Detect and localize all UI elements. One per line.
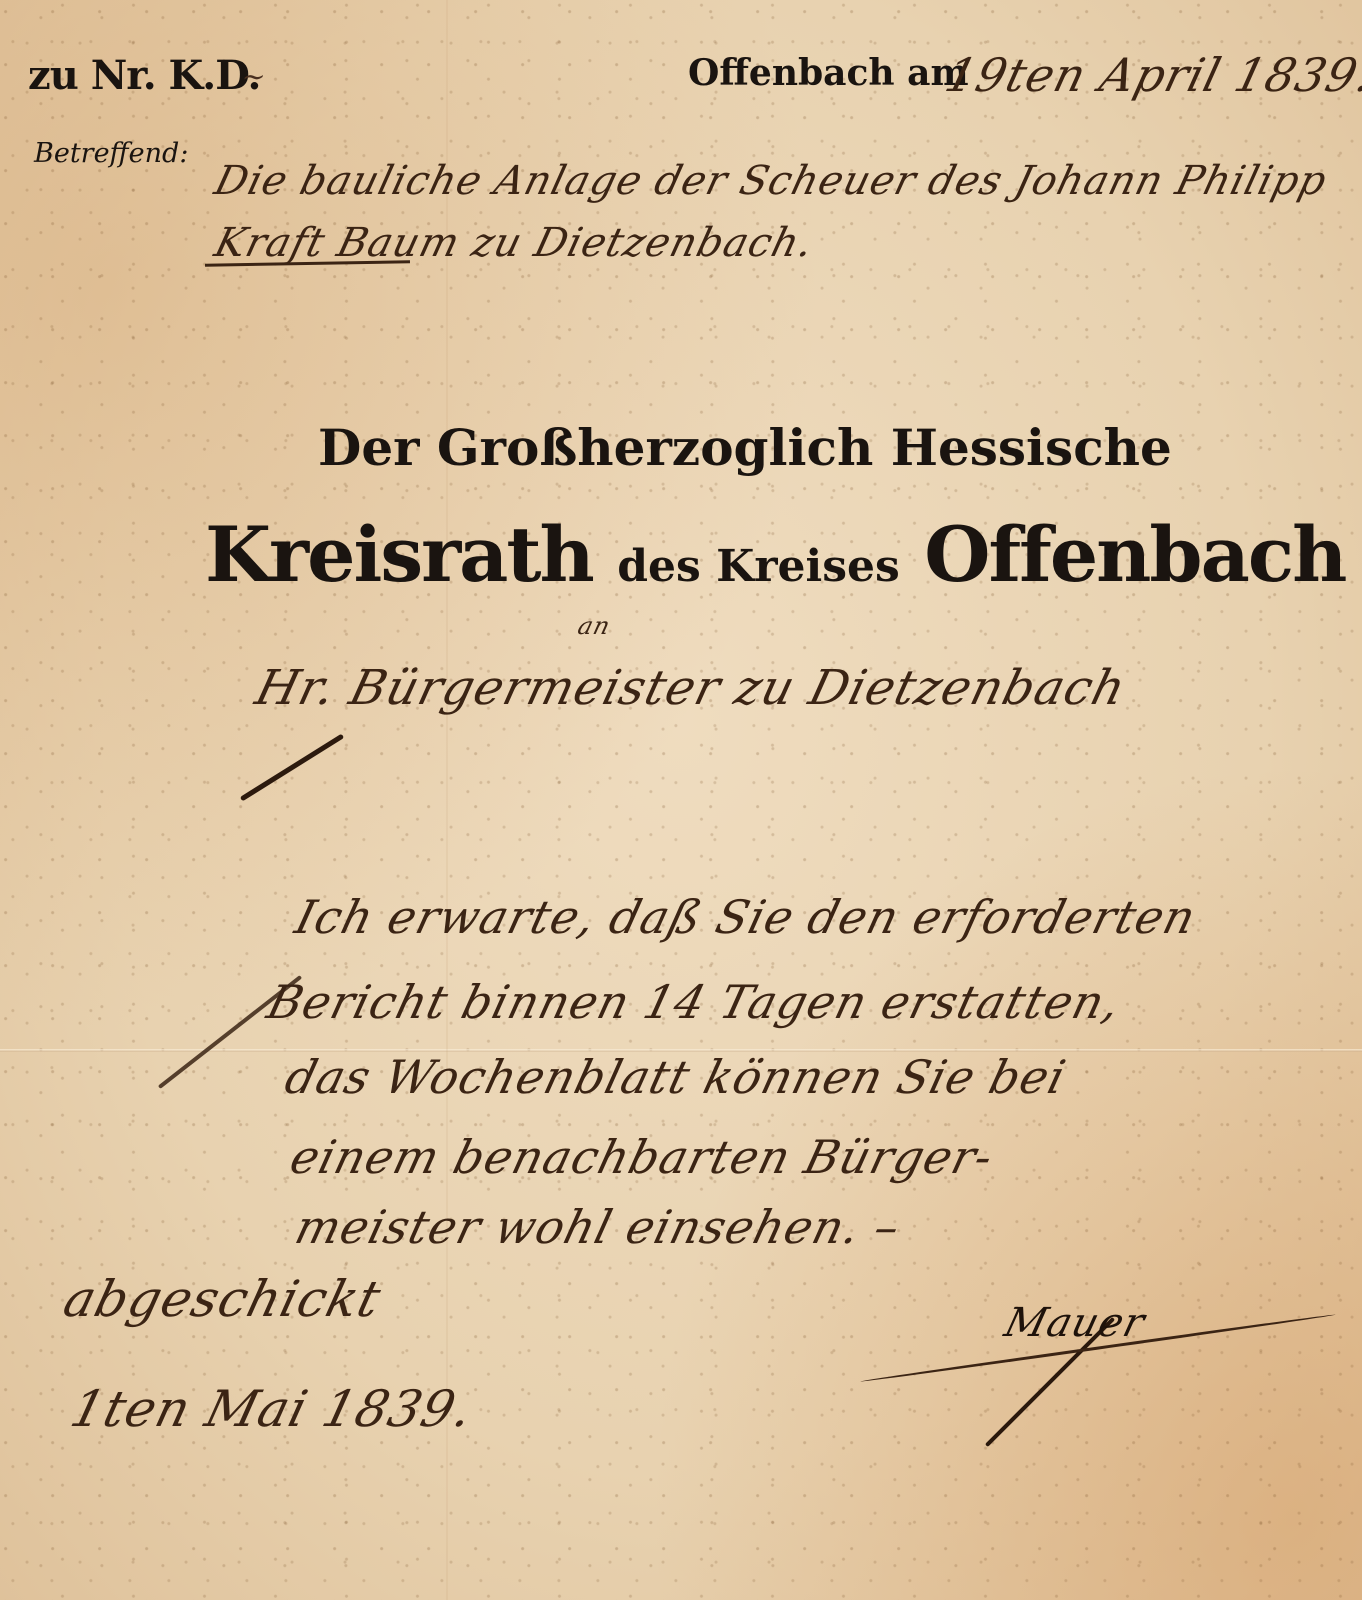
signature: Mauer bbox=[1000, 1300, 1150, 1346]
body-line-2: Bericht binnen 14 Tagen erstatten, bbox=[262, 975, 1126, 1029]
body-line-5: meister wohl einsehen. – bbox=[290, 1200, 906, 1254]
authority-district: Offenbach bbox=[924, 510, 1345, 599]
authority-heading-line-1: Der Großherzoglich Hessische bbox=[318, 418, 1172, 477]
body-line-1: Ich erwarte, daß Sie den erforderten bbox=[290, 890, 1202, 944]
letter-date: 19ten April 1839. bbox=[940, 48, 1362, 102]
dispatch-note: abgeschickt bbox=[58, 1270, 387, 1328]
authority-heading-line-2: Kreisrath des Kreises Offenbach bbox=[205, 510, 1345, 599]
body-line-3: das Wochenblatt können Sie bei bbox=[280, 1050, 1072, 1104]
subject-line-2: Kraft Baum zu Dietzenbach. bbox=[210, 220, 819, 266]
subject-label: Betreffend: bbox=[34, 138, 188, 169]
subject-line-1: Die bauliche Anlage der Scheuer des Joha… bbox=[210, 158, 1332, 204]
reference-number-label: zu Nr. K.D. bbox=[28, 52, 260, 99]
place-label: Offenbach am bbox=[688, 52, 969, 94]
dispatch-date: 1ten Mai 1839. bbox=[65, 1380, 479, 1438]
authority-title: Kreisrath bbox=[205, 510, 593, 599]
body-line-4: einem benachbarten Bürger- bbox=[285, 1130, 999, 1184]
pen-flourish bbox=[240, 734, 344, 802]
addressed-to-word: an bbox=[575, 612, 614, 640]
recipient-line: Hr. Bürgermeister zu Dietzenbach bbox=[250, 660, 1132, 716]
authority-connector: des Kreises bbox=[617, 541, 900, 592]
